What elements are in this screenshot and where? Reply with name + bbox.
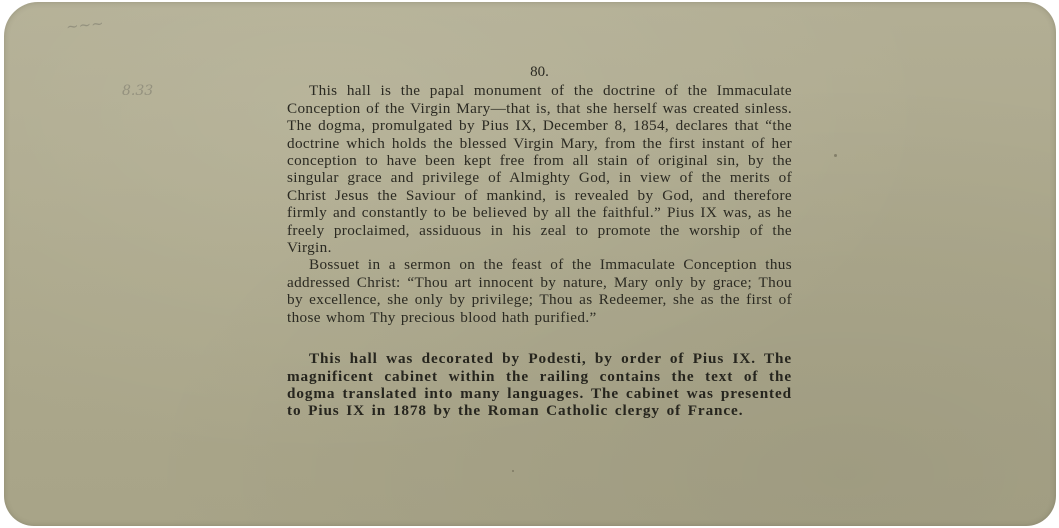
pencil-annotation: ~~~	[65, 14, 104, 36]
page-number: 80.	[287, 64, 792, 81]
paragraph-hall-decoration: This hall was decorated by Podesti, by o…	[287, 350, 792, 420]
paragraph-gap	[287, 326, 792, 350]
speck	[834, 154, 837, 157]
paragraph-dogma: This hall is the papal monument of the d…	[287, 82, 792, 256]
speck	[512, 470, 514, 472]
pencil-annotation-price: 8.33	[122, 82, 153, 100]
printed-text-block: 80. This hall is the papal monument of t…	[287, 64, 792, 420]
paragraph-bossuet: Bossuet in a sermon on the feast of the …	[287, 256, 792, 326]
